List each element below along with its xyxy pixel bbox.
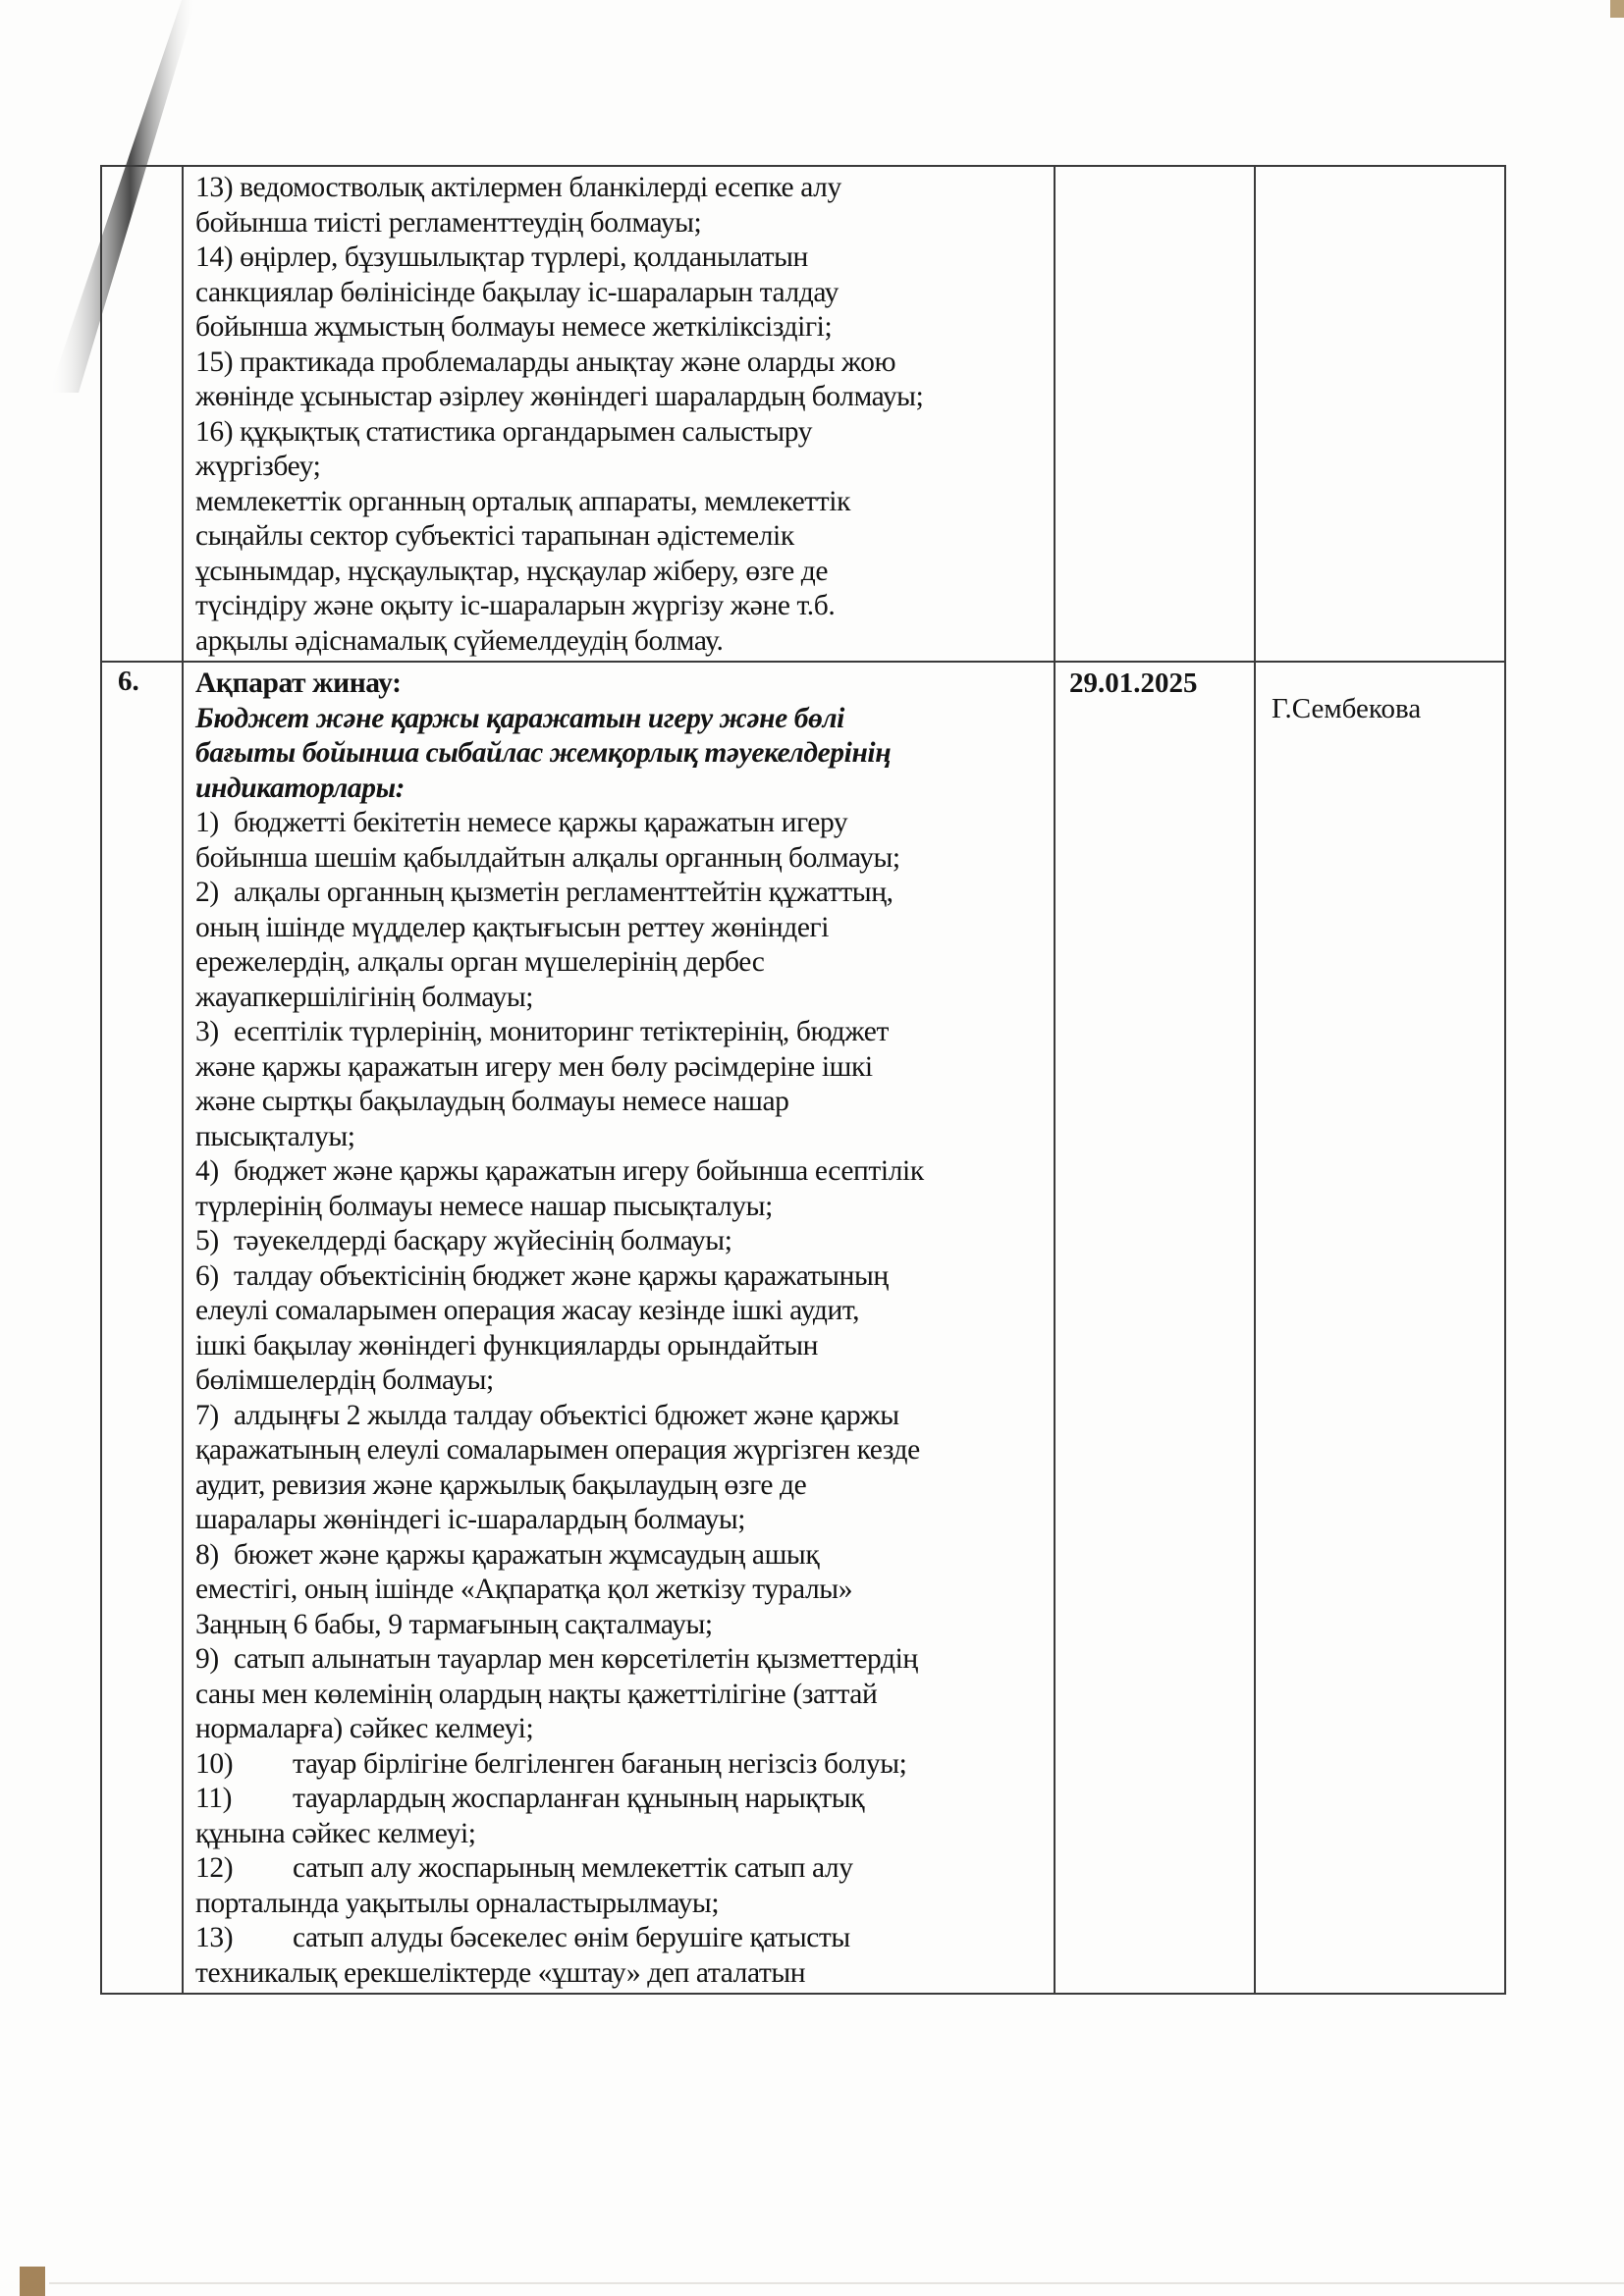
list-item-line: 14) өңірлер, бұзушылықтар түрлері, қолда…	[195, 240, 1046, 276]
list-item-number: 4)	[195, 1154, 227, 1190]
list-item-line: жүргізбеу;	[195, 450, 1046, 485]
section-subheading: Бюджет және қаржы қаражатын игеру және б…	[195, 702, 1046, 737]
list-item-text: ережелердің, алқалы орган мүшелерінің де…	[195, 946, 764, 978]
list-item-line: 5) тәуекелдерді басқару жүйесінің болмау…	[195, 1224, 1046, 1259]
list-item-text: сатып алу жоспарының мемлекеттік сатып а…	[293, 1852, 853, 1884]
table-row: 6.Ақпарат жинау:Бюджет және қаржы қаража…	[101, 662, 1505, 1994]
list-item-text: бюжет және қаржы қаражатын жұмсаудың ашы…	[234, 1539, 819, 1571]
list-item-text: есептілік түрлерінің, мониторинг тетікте…	[234, 1016, 889, 1047]
list-item-number: 7)	[195, 1399, 227, 1434]
list-item-line: бойынша жұмыстың болмауы немесе жеткілік…	[195, 310, 1046, 346]
list-item-text: сатып алынатын тауарлар мен көрсетілетін…	[234, 1643, 918, 1675]
list-item-line: техникалық ерекшеліктерде «ұштау» деп ат…	[195, 1956, 1046, 1992]
list-item-number: 11)	[195, 1782, 286, 1817]
list-item-number: 13)	[195, 1921, 286, 1956]
deadline-date-cell	[1055, 166, 1255, 662]
list-item-text: жүргізбеу;	[195, 451, 320, 482]
list-item-text: құқықтық статистика органдарымен салысты…	[240, 416, 812, 448]
list-item-line: бойынша шешім қабылдайтын алқалы органны…	[195, 841, 1046, 877]
list-item-line: қаражатының елеулі сомаларымен операция …	[195, 1433, 1046, 1468]
section-subheading: бағыты бойынша сыбайлас жемқорлық тәуеке…	[195, 736, 1046, 772]
list-item-text: сыңайлы сектор субъектісі тарапынан әдіс…	[195, 520, 794, 552]
row-number-cell	[101, 166, 183, 662]
list-item-text: бюджет және қаржы қаражатын игеру бойынш…	[234, 1155, 924, 1187]
list-item-line: бөлімшелердің болмауы;	[195, 1363, 1046, 1399]
list-item-line: шаралары жөніндегі іс-шаралардың болмауы…	[195, 1503, 1046, 1538]
list-item-text: нормаларға) сәйкес келмеуі;	[195, 1713, 533, 1744]
list-item-text: бойынша жұмыстың болмауы немесе жеткілік…	[195, 311, 832, 343]
list-item-number: 14)	[195, 240, 233, 276]
list-item-text: қаражатының елеулі сомаларымен операция …	[195, 1434, 920, 1466]
list-item-line: 11) тауарлардың жоспарланған құнының нар…	[195, 1782, 1046, 1817]
list-item-number: 6)	[195, 1259, 227, 1295]
list-item-line: құнына сәйкес келмеуі;	[195, 1817, 1046, 1852]
list-item-line: 10) тауар бірлігіне белгіленген бағаның …	[195, 1747, 1046, 1783]
list-item-line: арқылы әдіснамалық сүйемелдеудің болмау.	[195, 624, 1046, 660]
list-item-text: ұсынымдар, нұсқаулықтар, нұсқаулар жібер…	[195, 556, 828, 587]
plan-table: 13) ведомостволық актілермен бланкілерді…	[100, 165, 1506, 1995]
list-item-number: 12)	[195, 1851, 286, 1887]
list-item-text: порталында уақытылы орналастырылмауы;	[195, 1888, 719, 1919]
list-item-text: арқылы әдіснамалық сүйемелдеудің болмау.	[195, 625, 723, 657]
list-item-text: түрлерінің болмауы немесе нашар пысықтал…	[195, 1191, 773, 1222]
list-item-line: Заңның 6 бабы, 9 тармағының сақталмауы;	[195, 1608, 1046, 1643]
list-item-line: еместігі, оның ішінде «Ақпаратқа қол жет…	[195, 1573, 1046, 1608]
list-item-line: ережелердің, алқалы орган мүшелерінің де…	[195, 945, 1046, 981]
list-item-line: жөнінде ұсыныстар әзірлеу жөніндегі шара…	[195, 380, 1046, 415]
list-item-line: саны мен көлемінің олардың нақты қажетті…	[195, 1678, 1046, 1713]
list-item-text: аудит, ревизия және қаржылық бақылаудың …	[195, 1469, 806, 1501]
list-item-line: түсіндіру және оқыту іс-шараларын жүргіз…	[195, 589, 1046, 624]
section-subheading: индикаторлары:	[195, 772, 1046, 807]
list-item-text: тауарлардың жоспарланған құнының нарықты…	[293, 1783, 864, 1814]
list-item-text: елеулі сомаларымен операция жасау кезінд…	[195, 1295, 859, 1326]
list-item-line: порталында уақытылы орналастырылмауы;	[195, 1887, 1046, 1922]
list-item-text: тауар бірлігіне белгіленген бағаның негі…	[293, 1748, 906, 1780]
row-content-cell: 13) ведомостволық актілермен бланкілерді…	[183, 166, 1055, 662]
list-item-line: нормаларға) сәйкес келмеуі;	[195, 1712, 1046, 1747]
list-item-number: 15)	[195, 346, 233, 381]
list-item-text: түсіндіру және оқыту іс-шараларын жүргіз…	[195, 590, 835, 621]
list-item-line: 2) алқалы органның қызметін регламенттей…	[195, 876, 1046, 911]
list-item-line: оның ішінде мүдделер қақтығысын реттеу ж…	[195, 911, 1046, 946]
list-item-text: өңірлер, бұзушылықтар түрлері, қолданыла…	[240, 241, 808, 273]
list-item-text: ведомостволық актілермен бланкілерді есе…	[240, 172, 841, 203]
corner-tape	[1610, 0, 1624, 18]
list-item-text: құнына сәйкес келмеуі;	[195, 1818, 476, 1849]
row-number-cell: 6.	[101, 662, 183, 1994]
list-item-line: 13) ведомостволық актілермен бланкілерді…	[195, 171, 1046, 206]
list-item-line: елеулі сомаларымен операция жасау кезінд…	[195, 1294, 1046, 1329]
list-item-number: 10)	[195, 1747, 286, 1783]
list-item-line: 3) есептілік түрлерінің, мониторинг теті…	[195, 1015, 1046, 1050]
list-item-text: алқалы органның қызметін регламенттейтін…	[234, 877, 893, 908]
list-item-text: және сыртқы бақылаудың болмауы немесе на…	[195, 1086, 789, 1117]
list-item-line: сыңайлы сектор субъектісі тарапынан әдіс…	[195, 519, 1046, 555]
list-item-text: талдау объектісінің бюджет және қаржы қа…	[234, 1260, 889, 1292]
list-item-text: сатып алуды бәсекелес өнім берушіге қаты…	[293, 1922, 850, 1953]
list-item-number: 9)	[195, 1642, 227, 1678]
list-item-line: бойынша тиісті регламенттеудің болмауы;	[195, 206, 1046, 241]
list-item-line: ұсынымдар, нұсқаулықтар, нұсқаулар жібер…	[195, 555, 1046, 590]
deadline-date-cell: 29.01.2025	[1055, 662, 1255, 1994]
list-item-text: ішкі бақылау жөніндегі функцияларды орын…	[195, 1330, 818, 1362]
list-item-text: алдыңғы 2 жылда талдау объектісі бдюжет …	[234, 1400, 899, 1431]
list-item-line: жауапкершілігінің болмауы;	[195, 981, 1046, 1016]
list-item-text: техникалық ерекшеліктерде «ұштау» деп ат…	[195, 1957, 805, 1989]
responsible-person-cell	[1255, 166, 1505, 662]
list-item-line: 13) сатып алуды бәсекелес өнім берушіге …	[195, 1921, 1046, 1956]
list-item-text: пысықталуы;	[195, 1121, 355, 1152]
list-item-text: Заңның 6 бабы, 9 тармағының сақталмауы;	[195, 1609, 713, 1640]
list-item-text: жөнінде ұсыныстар әзірлеу жөніндегі шара…	[195, 381, 923, 412]
list-item-line: 7) алдыңғы 2 жылда талдау объектісі бдюж…	[195, 1399, 1046, 1434]
list-item-line: 9) сатып алынатын тауарлар мен көрсетіле…	[195, 1642, 1046, 1678]
list-item-text: санкциялар бөлінісінде бақылау іс-шарала…	[195, 277, 839, 308]
row-content-cell: Ақпарат жинау:Бюджет және қаржы қаражаты…	[183, 662, 1055, 1994]
list-item-line: 6) талдау объектісінің бюджет және қаржы…	[195, 1259, 1046, 1295]
list-item-text: практикада проблемаларды анықтау және ол…	[240, 347, 895, 378]
list-item-text: бөлімшелердің болмауы;	[195, 1364, 494, 1396]
list-item-number: 13)	[195, 171, 233, 206]
list-item-text: және қаржы қаражатын игеру мен бөлу рәсі…	[195, 1051, 873, 1083]
list-item-text: бойынша тиісті регламенттеудің болмауы;	[195, 207, 701, 239]
list-item-text: саны мен көлемінің олардың нақты қажетті…	[195, 1679, 877, 1710]
list-item-line: пысықталуы;	[195, 1120, 1046, 1155]
responsible-person-cell: Г.Сембекова	[1255, 662, 1505, 1994]
list-item-text: оның ішінде мүдделер қақтығысын реттеу ж…	[195, 912, 829, 943]
list-item-line: және сыртқы бақылаудың болмауы немесе на…	[195, 1085, 1046, 1120]
list-item-line: 8) бюжет және қаржы қаражатын жұмсаудың …	[195, 1538, 1046, 1574]
list-item-number: 8)	[195, 1538, 227, 1574]
list-item-text: шаралары жөніндегі іс-шаралардың болмауы…	[195, 1504, 745, 1535]
list-item-line: және қаржы қаражатын игеру мен бөлу рәсі…	[195, 1050, 1046, 1086]
list-item-line: мемлекеттік органның орталық аппараты, м…	[195, 485, 1046, 520]
list-item-line: түрлерінің болмауы немесе нашар пысықтал…	[195, 1190, 1046, 1225]
list-item-line: 4) бюджет және қаржы қаражатын игеру бой…	[195, 1154, 1046, 1190]
list-item-text: бойынша шешім қабылдайтын алқалы органны…	[195, 842, 900, 874]
list-item-number: 1)	[195, 806, 227, 841]
list-item-number: 3)	[195, 1015, 227, 1050]
list-item-line: ішкі бақылау жөніндегі функцияларды орын…	[195, 1329, 1046, 1364]
list-item-text: жауапкершілігінің болмауы;	[195, 982, 533, 1013]
list-item-text: мемлекеттік органның орталық аппараты, м…	[195, 486, 850, 517]
list-item-number: 5)	[195, 1224, 227, 1259]
list-item-line: 16) құқықтық статистика органдарымен сал…	[195, 415, 1046, 451]
list-item-line: 1) бюджетті бекітетін немесе қаржы қараж…	[195, 806, 1046, 841]
table-row: 13) ведомостволық актілермен бланкілерді…	[101, 166, 1505, 662]
list-item-number: 16)	[195, 415, 233, 451]
list-item-text: бюджетті бекітетін немесе қаржы қаражаты…	[234, 807, 847, 838]
list-item-line: 12) сатып алу жоспарының мемлекеттік сат…	[195, 1851, 1046, 1887]
corner-tape	[20, 2267, 45, 2296]
list-item-number: 2)	[195, 876, 227, 911]
list-item-text: еместігі, оның ішінде «Ақпаратқа қол жет…	[195, 1574, 852, 1605]
list-item-line: аудит, ревизия және қаржылық бақылаудың …	[195, 1468, 1046, 1504]
section-heading: Ақпарат жинау:	[195, 667, 1046, 702]
page-edge	[49, 2282, 1624, 2284]
list-item-line: 15) практикада проблемаларды анықтау жән…	[195, 346, 1046, 381]
list-item-line: санкциялар бөлінісінде бақылау іс-шарала…	[195, 276, 1046, 311]
list-item-text: тәуекелдерді басқару жүйесінің болмауы;	[234, 1225, 732, 1256]
